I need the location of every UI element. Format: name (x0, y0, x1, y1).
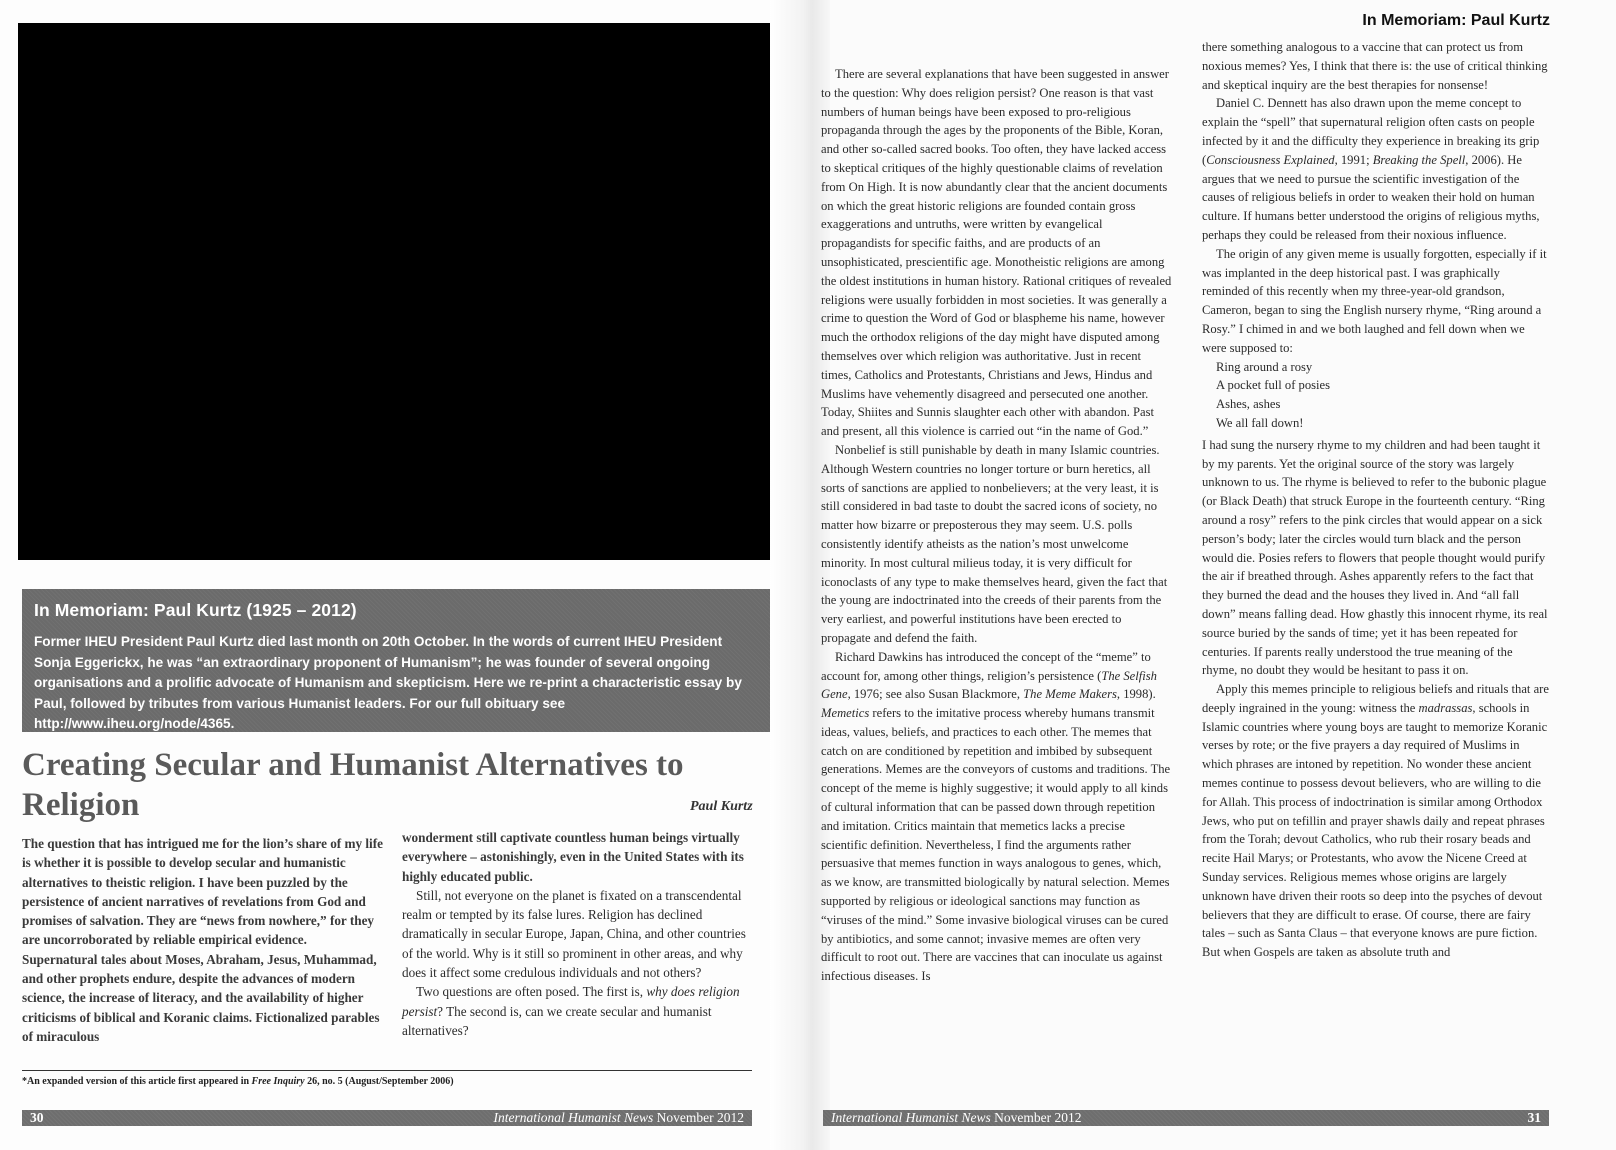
paragraph: The origin of any given meme is usually … (1202, 245, 1550, 358)
text-run: , schools in Islamic countries where you… (1202, 701, 1547, 959)
footnote-text: 26, no. 5 (August/September 2006) (305, 1076, 454, 1087)
footnote-source: Free Inquiry (252, 1076, 305, 1087)
memoriam-body: Former IHEU President Paul Kurtz died la… (34, 632, 760, 735)
publication-line: International Humanist News November 201… (831, 1110, 1082, 1126)
paragraph: Still, not everyone on the planet is fix… (402, 886, 757, 982)
italic-text: Breaking the Spell (1373, 153, 1466, 167)
paragraph: There are several explanations that have… (821, 65, 1173, 441)
article-column-1: The question that has intrigued me for t… (22, 834, 384, 1046)
memoriam-box: In Memoriam: Paul Kurtz (1925 – 2012) Fo… (22, 589, 774, 732)
article-author: Paul Kurtz (690, 799, 753, 815)
text-run: , 1991; (1335, 153, 1373, 167)
page-number: 31 (1528, 1110, 1542, 1126)
publication-name: International Humanist News (494, 1110, 654, 1125)
paragraph: there something analogous to a vaccine t… (1202, 38, 1550, 94)
right-column-1: There are several explanations that have… (821, 65, 1173, 986)
footnote-divider (22, 1070, 752, 1071)
verse-line: Ashes, ashes (1216, 395, 1550, 414)
issue-date: November 2012 (657, 1110, 744, 1125)
issue-date: November 2012 (994, 1110, 1081, 1125)
paragraph: Apply this memes principle to religious … (1202, 680, 1550, 962)
running-head: In Memoriam: Paul Kurtz (1362, 12, 1550, 30)
nursery-rhyme: Ring around a rosy A pocket full of posi… (1202, 358, 1550, 433)
italic-text: The Meme Makers (1023, 687, 1117, 701)
memoriam-title: In Memoriam: Paul Kurtz (1925 – 2012) (34, 600, 760, 621)
text-run: , 1998). (1117, 687, 1156, 701)
paragraph: Richard Dawkins has introduced the conce… (821, 648, 1173, 986)
text-run: Two questions are often posed. The first… (416, 984, 646, 999)
italic-text: Consciousness Explained (1206, 153, 1334, 167)
page-number: 30 (30, 1110, 44, 1126)
verse-line: Ring around a rosy (1216, 358, 1550, 377)
article-column-2: wonderment still captivate countless hum… (402, 828, 757, 1040)
page-footer: International Humanist News November 201… (823, 1110, 1549, 1126)
article-title: Creating Secular and Humanist Alternativ… (22, 745, 702, 825)
text-run: , 1976; see also Susan Blackmore, (848, 687, 1024, 701)
verse-line: We all fall down! (1216, 414, 1550, 433)
portrait-photo (18, 23, 772, 560)
footnote-text: *An expanded version of this article fir… (22, 1076, 252, 1087)
paragraph: Daniel C. Dennett has also drawn upon th… (1202, 94, 1550, 244)
italic-text: Memetics (821, 706, 869, 720)
text-run: refers to the imitative process whereby … (821, 706, 1170, 983)
paragraph: Nonbelief is still punishable by death i… (821, 441, 1173, 648)
page-footer: 30 International Humanist News November … (22, 1110, 752, 1126)
lead-paragraph: The question that has intrigued me for t… (22, 834, 384, 1046)
publication-line: International Humanist News November 201… (494, 1110, 745, 1126)
footnote: *An expanded version of this article fir… (22, 1076, 454, 1087)
paragraph: I had sung the nursery rhyme to my child… (1202, 436, 1550, 680)
italic-text: madrassas (1419, 701, 1473, 715)
left-page: In Memoriam: Paul Kurtz (1925 – 2012) Fo… (0, 0, 790, 1150)
paragraph: Two questions are often posed. The first… (402, 982, 757, 1040)
verse-line: A pocket full of posies (1216, 376, 1550, 395)
publication-name: International Humanist News (831, 1110, 991, 1125)
text-run: ? The second is, can we create secular a… (402, 1004, 712, 1038)
lead-paragraph-continued: wonderment still captivate countless hum… (402, 828, 757, 886)
right-column-2: there something analogous to a vaccine t… (1202, 38, 1550, 962)
